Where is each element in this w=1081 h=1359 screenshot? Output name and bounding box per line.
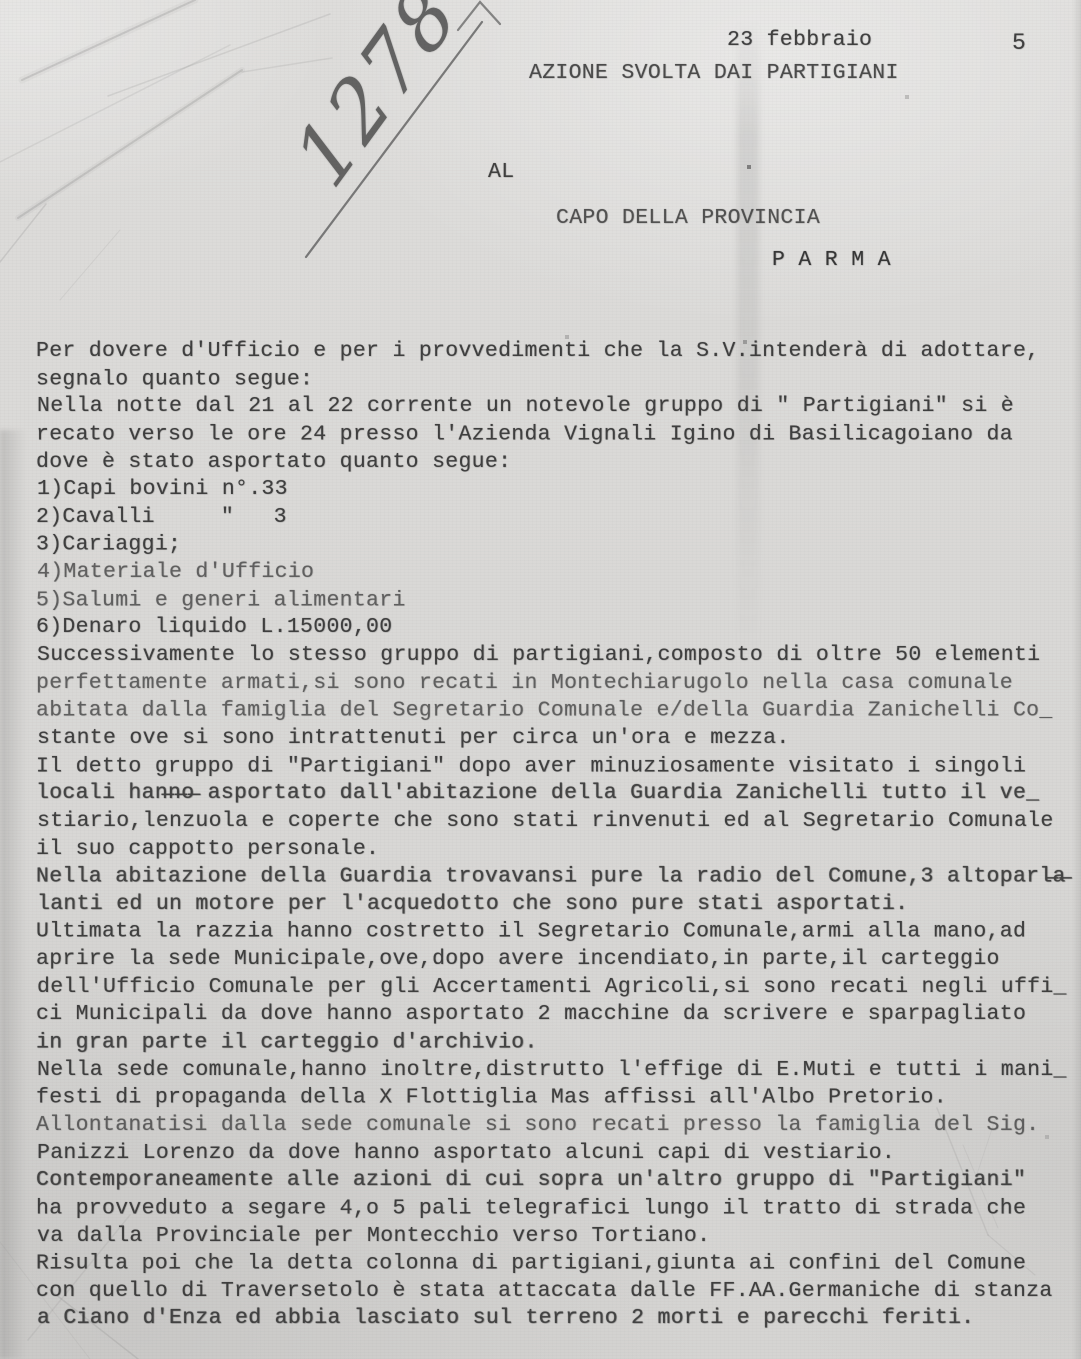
body-text-line: 5)Salumi e generi alimentari bbox=[36, 587, 1066, 615]
page-number: 5 bbox=[1012, 30, 1026, 56]
body-text-line: Il detto gruppo di "Partigiani" dopo ave… bbox=[36, 753, 1066, 781]
address-to-label: AL bbox=[488, 160, 514, 184]
body-text-line: locali han̶n̶o̶ asportato dall'abitazion… bbox=[36, 780, 1066, 808]
body-text-line: con quello di Traversetolo è stata attac… bbox=[36, 1278, 1066, 1306]
body-text-line: dove è stato asportato quanto segue: bbox=[36, 449, 1066, 477]
body-text-line: dell'Ufficio Comunale per gli Accertamen… bbox=[37, 974, 1067, 1002]
body-text-line: ci Municipali da dove hanno asportato 2 … bbox=[36, 1001, 1066, 1029]
body-text-line: a Ciano d'Enza ed abbia lasciato sul ter… bbox=[37, 1305, 1067, 1333]
body-text-line: 4)Materiale d'Ufficio bbox=[37, 559, 1067, 587]
body-text-line: 2)Cavalli " 3 bbox=[36, 504, 1066, 532]
body-text-line: Nella notte dal 21 al 22 corrente un not… bbox=[37, 393, 1067, 421]
address-city: P A R M A bbox=[772, 248, 891, 272]
body-text-line: Contemporaneamente alle azioni di cui so… bbox=[36, 1167, 1066, 1195]
body-text-line: abitata dalla famiglia del Segretario Co… bbox=[36, 698, 1066, 726]
body-text-line: 1)Capi bovini n°.33 bbox=[37, 476, 1067, 504]
body-text-line: recato verso le ore 24 presso l'Azienda … bbox=[36, 421, 1066, 449]
document-date: 23 febbraio bbox=[727, 28, 872, 52]
body-text-line: va dalla Provinciale per Montecchio vers… bbox=[37, 1223, 1067, 1251]
left-edge-shadow bbox=[0, 430, 26, 1359]
body-text-line: Ultimata la razzia hanno costretto il Se… bbox=[36, 919, 1066, 947]
body-text-line: 3)Cariaggi; bbox=[36, 532, 1066, 560]
body-text-line: lanti ed un motore per l'acquedotto che … bbox=[37, 891, 1067, 919]
body-text-line: Nella abitazione della Guardia trovavans… bbox=[36, 864, 1066, 892]
body-text-line: 6)Denaro liquido L.15000,00 bbox=[36, 614, 1066, 642]
body-text-line: Panizzi Lorenzo da dove hanno asportato … bbox=[37, 1140, 1067, 1168]
body-text-line: Successivamente lo stesso gruppo di part… bbox=[37, 642, 1067, 670]
body-text-line: Risulta poi che la detta colonna di part… bbox=[36, 1251, 1066, 1279]
document-subject: AZIONE SVOLTA DAI PARTIGIANI bbox=[529, 61, 899, 85]
address-recipient: CAPO DELLA PROVINCIA bbox=[556, 206, 820, 230]
scan-specks bbox=[0, 0, 2, 2]
right-edge-shadow bbox=[1072, 0, 1081, 1359]
document-body: Per dovere d'Ufficio e per i provvedimen… bbox=[36, 338, 1066, 1333]
body-text-line: il suo cappotto personale. bbox=[36, 836, 1066, 864]
body-text-line: segnalo quanto segue: bbox=[36, 366, 1066, 394]
handwritten-registry-number: 1278 bbox=[277, 0, 466, 205]
body-text-line: in gran parte il carteggio d'archivio. bbox=[36, 1029, 1066, 1057]
body-text-line: Per dovere d'Ufficio e per i provvedimen… bbox=[36, 338, 1066, 366]
body-text-line: Nella sede comunale,hanno inoltre,distru… bbox=[37, 1057, 1067, 1085]
body-text-line: stante ove si sono intrattenuti per circ… bbox=[37, 725, 1067, 753]
body-text-line: perfettamente armati,si sono recati in M… bbox=[36, 670, 1066, 698]
body-text-line: ha provveduto a segare 4,o 5 pali telegr… bbox=[36, 1195, 1066, 1223]
body-text-line: aprire la sede Municipale,ove,dopo avere… bbox=[36, 946, 1066, 974]
scanned-document-page: 1278 23 febbraio 5 AZIONE SVOLTA DAI PAR… bbox=[0, 0, 1081, 1359]
body-text-line: stiario,lenzuola e coperte che sono stat… bbox=[37, 808, 1067, 836]
body-text-line: festi di propaganda della X Flottiglia M… bbox=[36, 1085, 1066, 1113]
body-text-line: Allontanatisi dalla sede comunale si son… bbox=[36, 1112, 1066, 1140]
